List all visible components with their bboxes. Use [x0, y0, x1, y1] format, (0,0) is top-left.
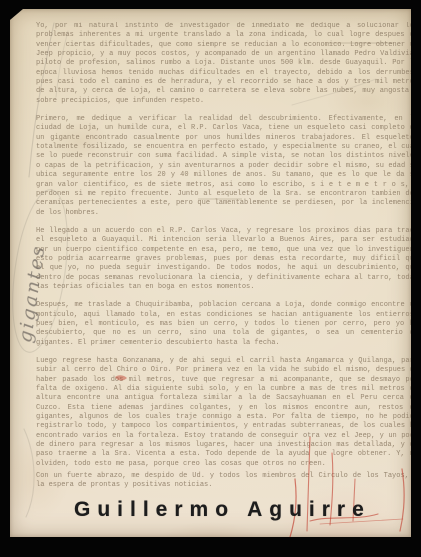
letter-closing: Con un fuerte abrazo, me despido de Ud. … — [36, 472, 411, 491]
letter-paragraph: Despues, me traslade a Chuquiribamba, po… — [36, 301, 411, 348]
photo-frame: Yo, por mi natural instinto de investiga… — [0, 0, 421, 557]
caption-author-name: Guillermo Aguirre — [74, 498, 371, 522]
letter-paragraph: Luego regrese hasta Gonzanama, y de ahi … — [36, 357, 411, 469]
letter-page: Yo, por mi natural instinto de investiga… — [10, 9, 411, 537]
letter-paragraph: Yo, por mi natural instinto de investiga… — [36, 22, 411, 106]
letter-paragraph: Primero, me dedique a verificar la reali… — [36, 115, 411, 218]
letter-body: Yo, por mi natural instinto de investiga… — [36, 22, 411, 500]
letter-paragraph: He llegado a un acuerdo con el R.P. Carl… — [36, 227, 411, 292]
